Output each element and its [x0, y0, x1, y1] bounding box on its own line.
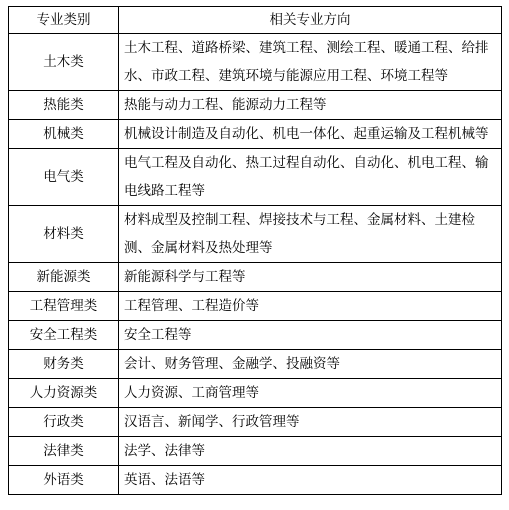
header-majors: 相关专业方向 — [119, 7, 502, 34]
table-row: 行政类 汉语言、新闻学、行政管理等 — [9, 408, 502, 437]
category-cell: 安全工程类 — [9, 321, 119, 350]
header-category: 专业类别 — [9, 7, 119, 34]
majors-cell: 安全工程等 — [119, 321, 502, 350]
table-row: 外语类 英语、法语等 — [9, 466, 502, 495]
category-cell: 机械类 — [9, 120, 119, 149]
table-body: 土木类 土木工程、道路桥梁、建筑工程、测绘工程、暖通工程、给排水、市政工程、建筑… — [9, 34, 502, 495]
majors-cell: 英语、法语等 — [119, 466, 502, 495]
majors-cell: 机械设计制造及自动化、机电一体化、起重运输及工程机械等 — [119, 120, 502, 149]
category-cell: 工程管理类 — [9, 292, 119, 321]
table-row: 法律类 法学、法律等 — [9, 437, 502, 466]
category-cell: 外语类 — [9, 466, 119, 495]
table-row: 热能类 热能与动力工程、能源动力工程等 — [9, 91, 502, 120]
table-row: 安全工程类 安全工程等 — [9, 321, 502, 350]
category-cell: 土木类 — [9, 34, 119, 91]
category-cell: 电气类 — [9, 149, 119, 206]
majors-cell: 人力资源、工商管理等 — [119, 379, 502, 408]
majors-cell: 会计、财务管理、金融学、投融资等 — [119, 350, 502, 379]
category-cell: 材料类 — [9, 206, 119, 263]
category-cell: 行政类 — [9, 408, 119, 437]
majors-cell: 新能源科学与工程等 — [119, 263, 502, 292]
majors-cell: 材料成型及控制工程、焊接技术与工程、金属材料、土建检测、金属材料及热处理等 — [119, 206, 502, 263]
category-cell: 热能类 — [9, 91, 119, 120]
majors-cell: 土木工程、道路桥梁、建筑工程、测绘工程、暖通工程、给排水、市政工程、建筑环境与能… — [119, 34, 502, 91]
table-row: 电气类 电气工程及自动化、热工过程自动化、自动化、机电工程、输电线路工程等 — [9, 149, 502, 206]
majors-cell: 法学、法律等 — [119, 437, 502, 466]
table-row: 财务类 会计、财务管理、金融学、投融资等 — [9, 350, 502, 379]
category-cell: 新能源类 — [9, 263, 119, 292]
page: 专业类别 相关专业方向 土木类 土木工程、道路桥梁、建筑工程、测绘工程、暖通工程… — [0, 0, 509, 501]
majors-cell: 电气工程及自动化、热工过程自动化、自动化、机电工程、输电线路工程等 — [119, 149, 502, 206]
category-cell: 人力资源类 — [9, 379, 119, 408]
table-row: 新能源类 新能源科学与工程等 — [9, 263, 502, 292]
category-cell: 财务类 — [9, 350, 119, 379]
table-header: 专业类别 相关专业方向 — [9, 7, 502, 34]
table-row: 材料类 材料成型及控制工程、焊接技术与工程、金属材料、土建检测、金属材料及热处理… — [9, 206, 502, 263]
header-row: 专业类别 相关专业方向 — [9, 7, 502, 34]
table-row: 人力资源类 人力资源、工商管理等 — [9, 379, 502, 408]
category-cell: 法律类 — [9, 437, 119, 466]
majors-cell: 汉语言、新闻学、行政管理等 — [119, 408, 502, 437]
table-row: 土木类 土木工程、道路桥梁、建筑工程、测绘工程、暖通工程、给排水、市政工程、建筑… — [9, 34, 502, 91]
majors-cell: 工程管理、工程造价等 — [119, 292, 502, 321]
table-row: 工程管理类 工程管理、工程造价等 — [9, 292, 502, 321]
majors-table: 专业类别 相关专业方向 土木类 土木工程、道路桥梁、建筑工程、测绘工程、暖通工程… — [8, 6, 502, 495]
table-row: 机械类 机械设计制造及自动化、机电一体化、起重运输及工程机械等 — [9, 120, 502, 149]
majors-cell: 热能与动力工程、能源动力工程等 — [119, 91, 502, 120]
